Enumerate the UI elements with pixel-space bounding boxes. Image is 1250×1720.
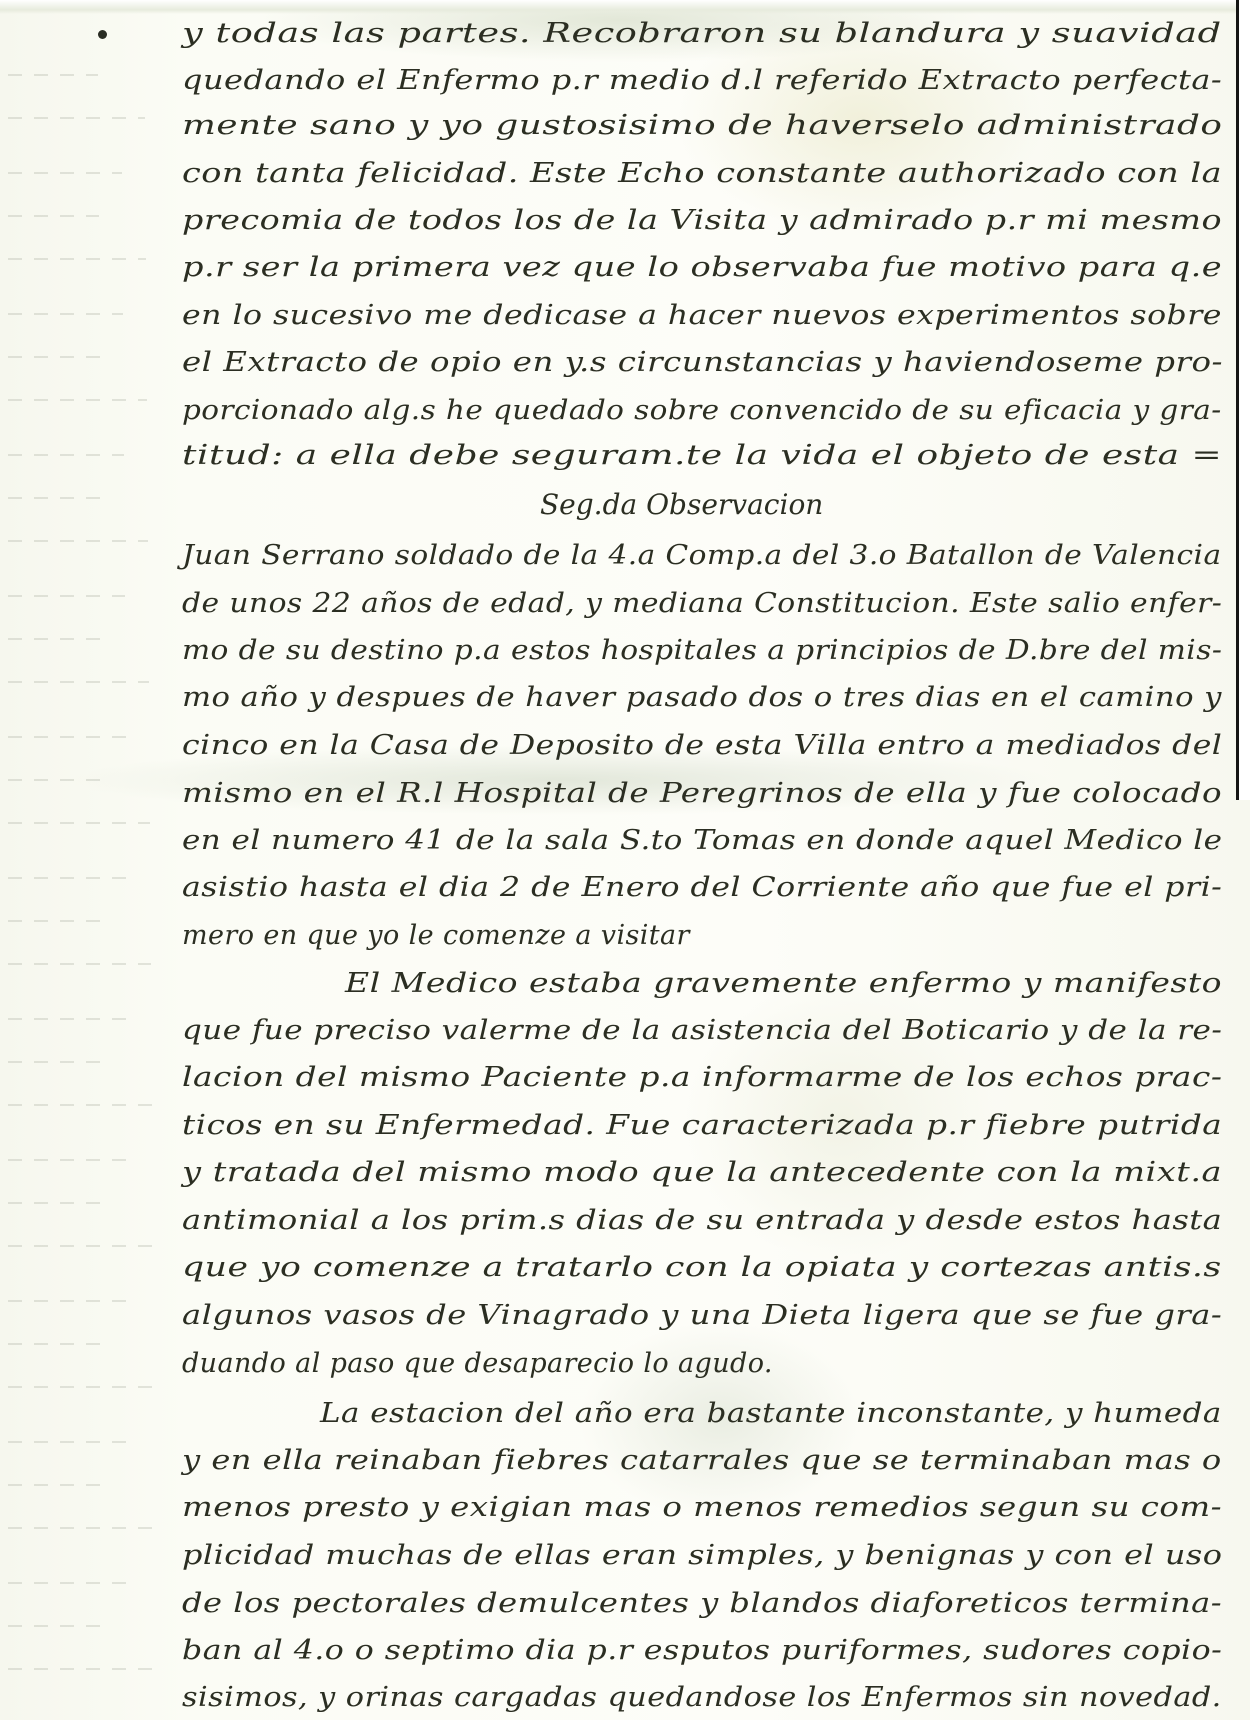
bleed-through-mark bbox=[8, 1245, 153, 1247]
bleed-through-mark bbox=[8, 595, 125, 597]
bleed-through-mark bbox=[8, 497, 101, 499]
manuscript-line: lacion del mismo Paciente p.a informarme… bbox=[182, 1062, 1222, 1093]
ink-blot-icon bbox=[98, 30, 107, 39]
bleed-through-mark bbox=[8, 920, 104, 922]
bleed-through-mark bbox=[8, 638, 102, 640]
section-heading-segunda-observacion: Seg.da Observacion bbox=[540, 488, 823, 521]
manuscript-line: plicidad muchas de ellas eran simples, y… bbox=[182, 1540, 1222, 1571]
bleed-through-mark bbox=[8, 258, 146, 260]
bleed-through-mark bbox=[8, 877, 127, 879]
bleed-through-mark bbox=[8, 1625, 109, 1627]
manuscript-line: de los pectorales demulcentes y blandos … bbox=[182, 1588, 1222, 1619]
bleed-through-mark bbox=[8, 172, 122, 174]
bleed-through-mark bbox=[8, 1668, 156, 1670]
manuscript-line: que fue preciso valerme de la asistencia… bbox=[182, 1015, 1222, 1046]
manuscript-line: algunos vasos de Vinagrado y una Dieta l… bbox=[182, 1300, 1222, 1331]
bleed-through-mark bbox=[8, 454, 124, 456]
bleed-through-mark bbox=[8, 1018, 128, 1020]
manuscript-line: porcionado alg.s he quedado sobre conven… bbox=[182, 395, 1222, 426]
bleed-through-mark bbox=[8, 1300, 130, 1302]
manuscript-line: mismo en el R.l Hospital de Peregrinos d… bbox=[182, 778, 1222, 809]
bleed-through-mark bbox=[8, 1061, 105, 1063]
bleed-through-mark bbox=[8, 1386, 154, 1388]
bleed-through-mark bbox=[8, 1484, 108, 1486]
manuscript-line: y tratada del mismo modo que la antecede… bbox=[182, 1157, 1222, 1188]
manuscript-line: y todas las partes. Recobraron su blandu… bbox=[182, 18, 1222, 49]
manuscript-line: Juan Serrano soldado de la 4.a Comp.a de… bbox=[182, 540, 1222, 571]
bleed-through-mark bbox=[8, 215, 99, 217]
bleed-through-mark bbox=[8, 822, 150, 824]
manuscript-line: antimonial a los prim.s dias de su entra… bbox=[182, 1205, 1222, 1236]
manuscript-line: asistio hasta el dia 2 de Enero del Corr… bbox=[182, 872, 1222, 903]
bleed-through-mark bbox=[8, 313, 123, 315]
manuscript-line: mente sano y yo gustosisimo de haverselo… bbox=[182, 110, 1222, 141]
manuscript-line: El Medico estaba gravemente enfermo y ma… bbox=[345, 968, 1222, 999]
bleed-through-mark bbox=[8, 356, 100, 358]
bleed-through-mark bbox=[8, 779, 103, 781]
manuscript-line: duando al paso que desaparecio lo agudo. bbox=[182, 1348, 773, 1379]
manuscript-line: La estacion del año era bastante inconst… bbox=[320, 1398, 1222, 1429]
bleed-through-mark bbox=[8, 1159, 129, 1161]
manuscript-line: sisimos, y orinas cargadas quedandose lo… bbox=[182, 1682, 1222, 1713]
bleed-through-mark bbox=[8, 1582, 132, 1584]
bleed-through-mark bbox=[8, 399, 147, 401]
manuscript-line: ban al 4.o o septimo dia p.r esputos pur… bbox=[182, 1635, 1222, 1666]
manuscript-line: mero en que yo le comenze a visitar bbox=[182, 920, 690, 951]
manuscript-line: mo de su destino p.a estos hospitales a … bbox=[182, 635, 1222, 666]
bleed-through-mark bbox=[8, 681, 149, 683]
manuscript-line: mo año y despues de haver pasado dos o t… bbox=[182, 682, 1222, 713]
bleed-through-mark bbox=[8, 117, 145, 119]
manuscript-line: con tanta felicidad. Este Echo constante… bbox=[182, 158, 1222, 189]
manuscript-line: ticos en su Enfermedad. Fue caracterizad… bbox=[182, 1110, 1222, 1141]
manuscript-line: de unos 22 años de edad, y mediana Const… bbox=[182, 588, 1222, 619]
manuscript-line: el Extracto de opio en y.s circunstancia… bbox=[182, 347, 1223, 378]
bleed-through-mark bbox=[8, 1441, 131, 1443]
scan-right-margin bbox=[1239, 0, 1250, 800]
bleed-through-mark bbox=[8, 74, 98, 76]
bleed-through-mark bbox=[8, 1202, 106, 1204]
bleed-through-mark bbox=[8, 1104, 152, 1106]
page-top-edge-shadow bbox=[0, 0, 1237, 14]
manuscript-line: cinco en la Casa de Deposito de esta Vil… bbox=[182, 730, 1222, 761]
manuscript-line: precomia de todos los de la Visita y adm… bbox=[182, 205, 1222, 236]
bleed-through-mark bbox=[8, 736, 126, 738]
manuscript-line: quedando el Enfermo p.r medio d.l referi… bbox=[182, 65, 1222, 96]
manuscript-line: menos presto y exigian mas o menos remed… bbox=[182, 1492, 1222, 1523]
bleed-through-mark bbox=[8, 1343, 107, 1345]
bleed-through-mark bbox=[8, 963, 151, 965]
manuscript-line: titud: a ella debe seguram.te la vida el… bbox=[182, 440, 1222, 471]
bleed-through-mark bbox=[8, 1527, 155, 1529]
manuscript-page: y todas las partes. Recobraron su blandu… bbox=[0, 0, 1250, 1720]
manuscript-line: en lo sucesivo me dedicase a hacer nuevo… bbox=[182, 300, 1222, 331]
manuscript-line: que yo comenze a tratarlo con la opiata … bbox=[182, 1252, 1222, 1283]
manuscript-line: en el numero 41 de la sala S.to Tomas en… bbox=[182, 825, 1222, 856]
manuscript-line: p.r ser la primera vez que lo observaba … bbox=[182, 252, 1222, 283]
manuscript-line: y en ella reinaban fiebres catarrales qu… bbox=[182, 1445, 1222, 1476]
bleed-through-mark bbox=[8, 540, 148, 542]
